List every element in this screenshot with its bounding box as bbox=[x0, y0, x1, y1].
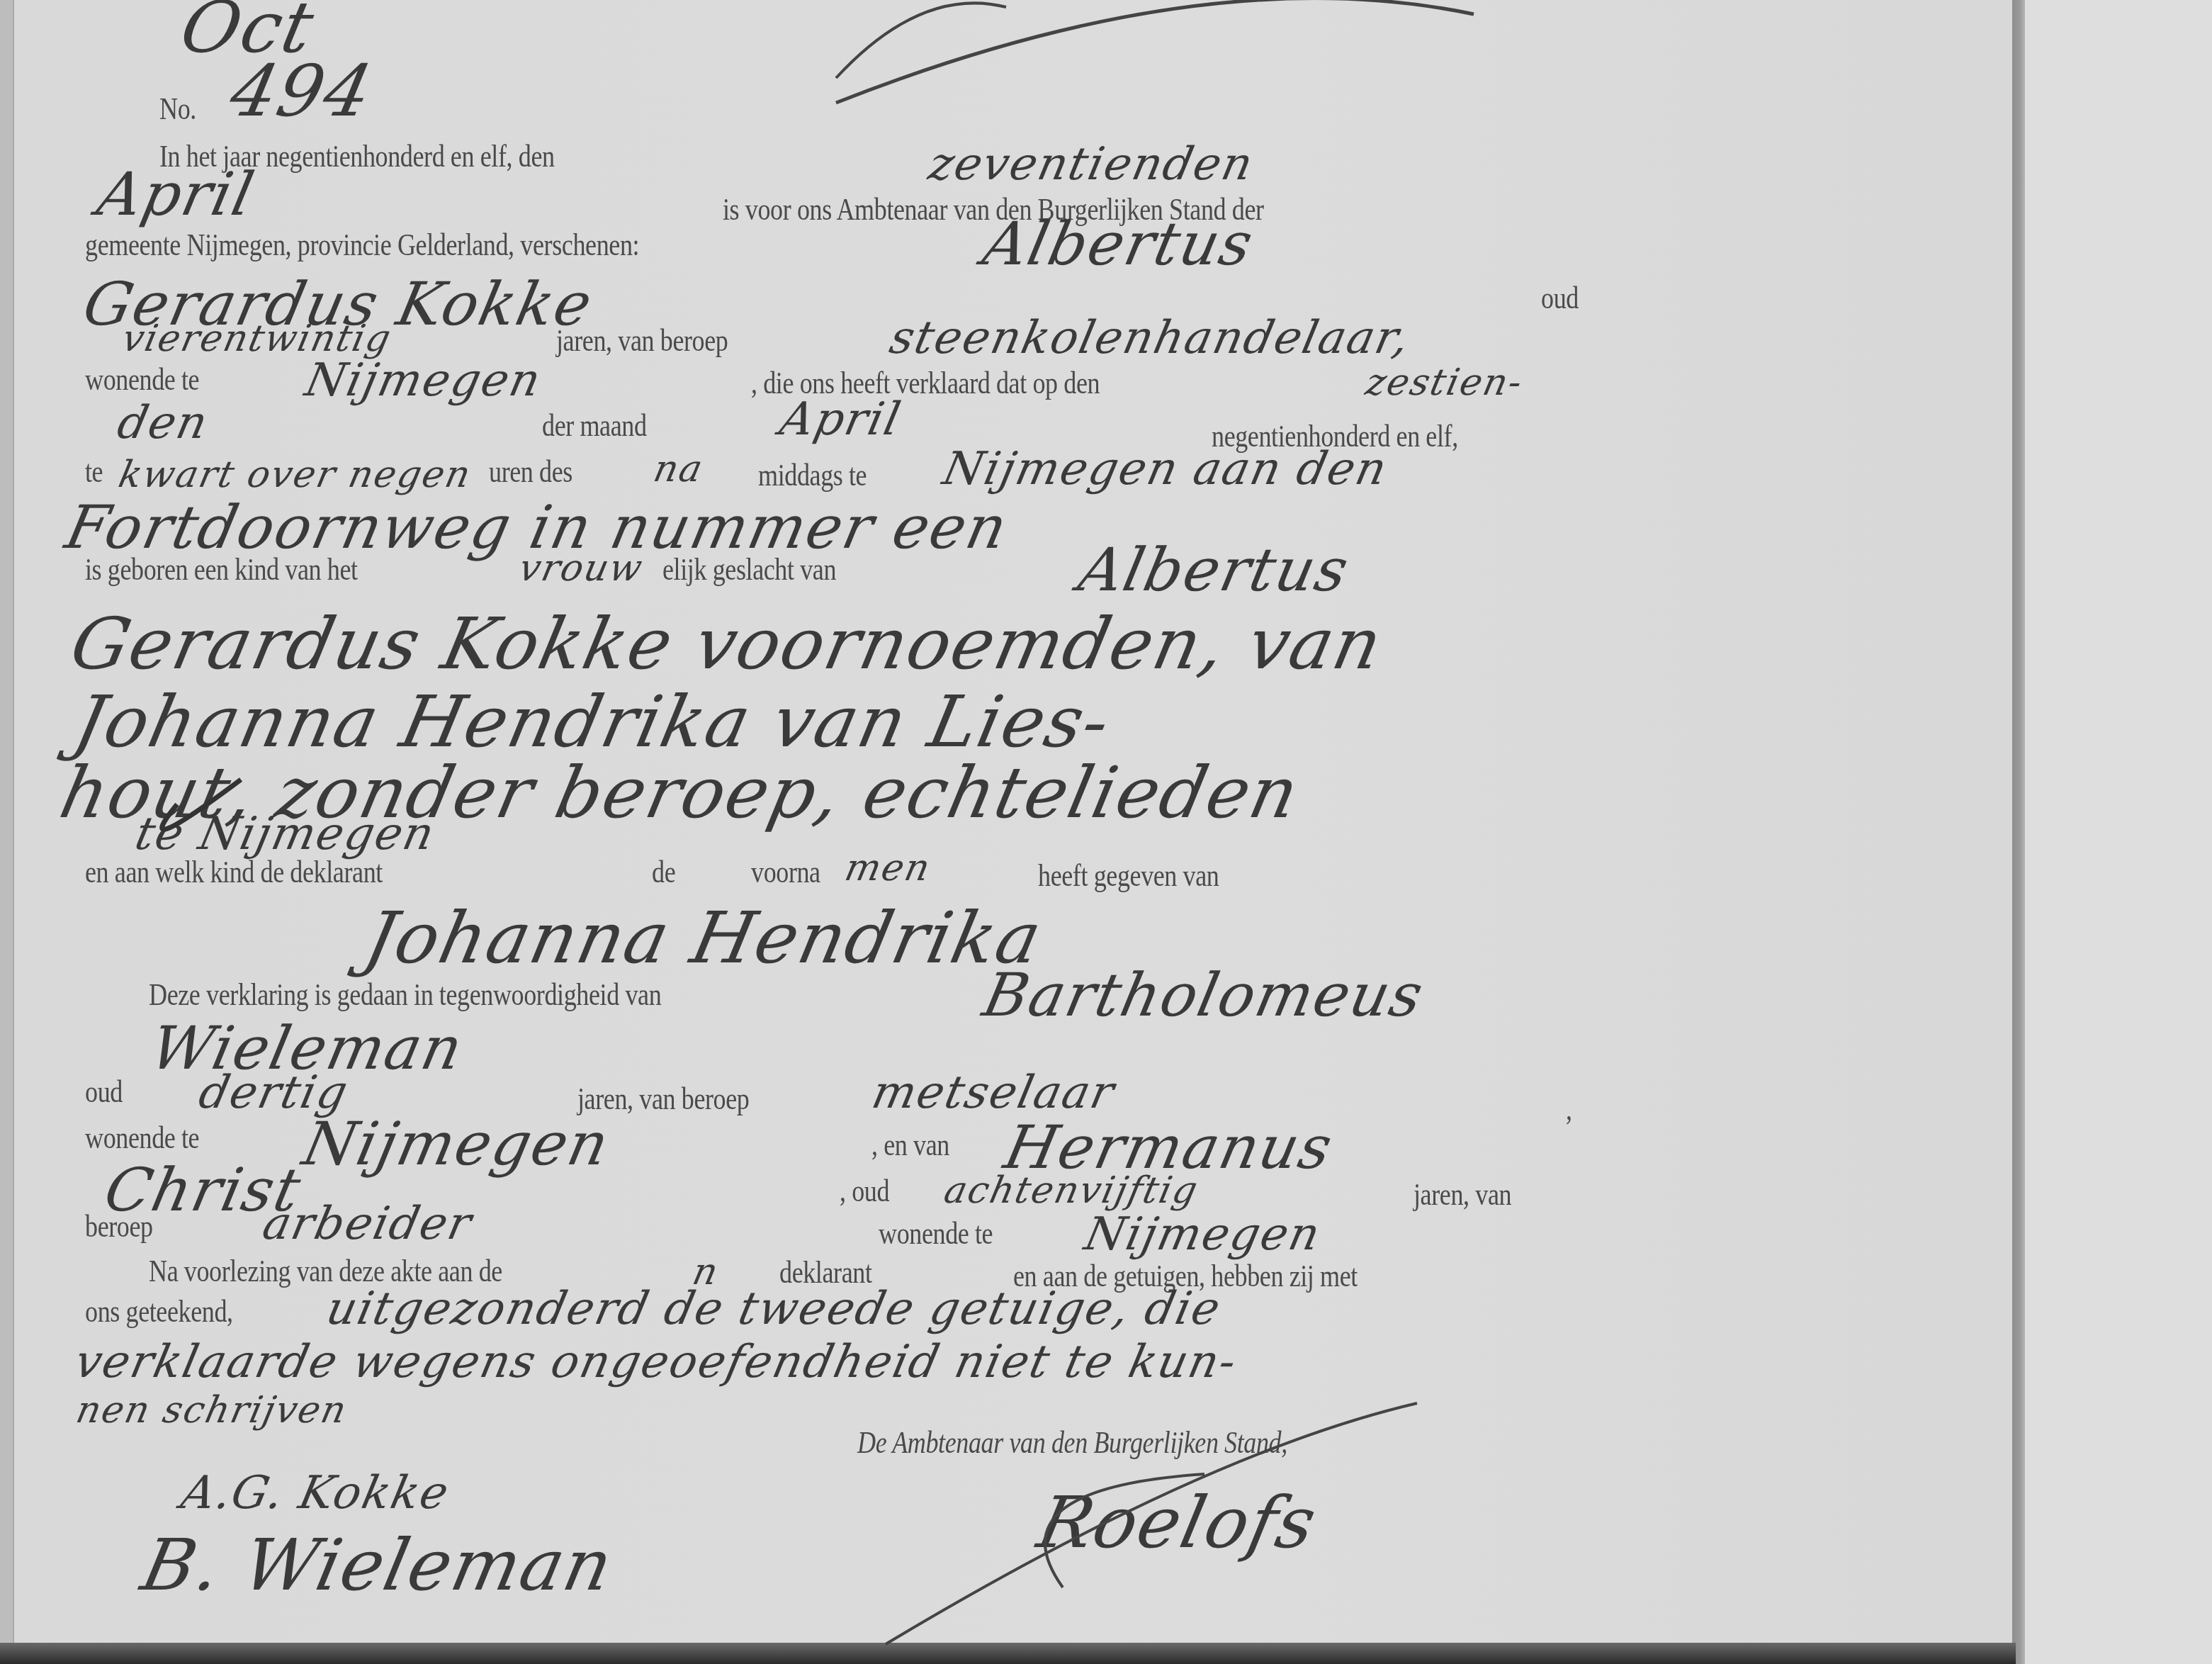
pen-flourishes bbox=[0, 0, 2212, 1664]
